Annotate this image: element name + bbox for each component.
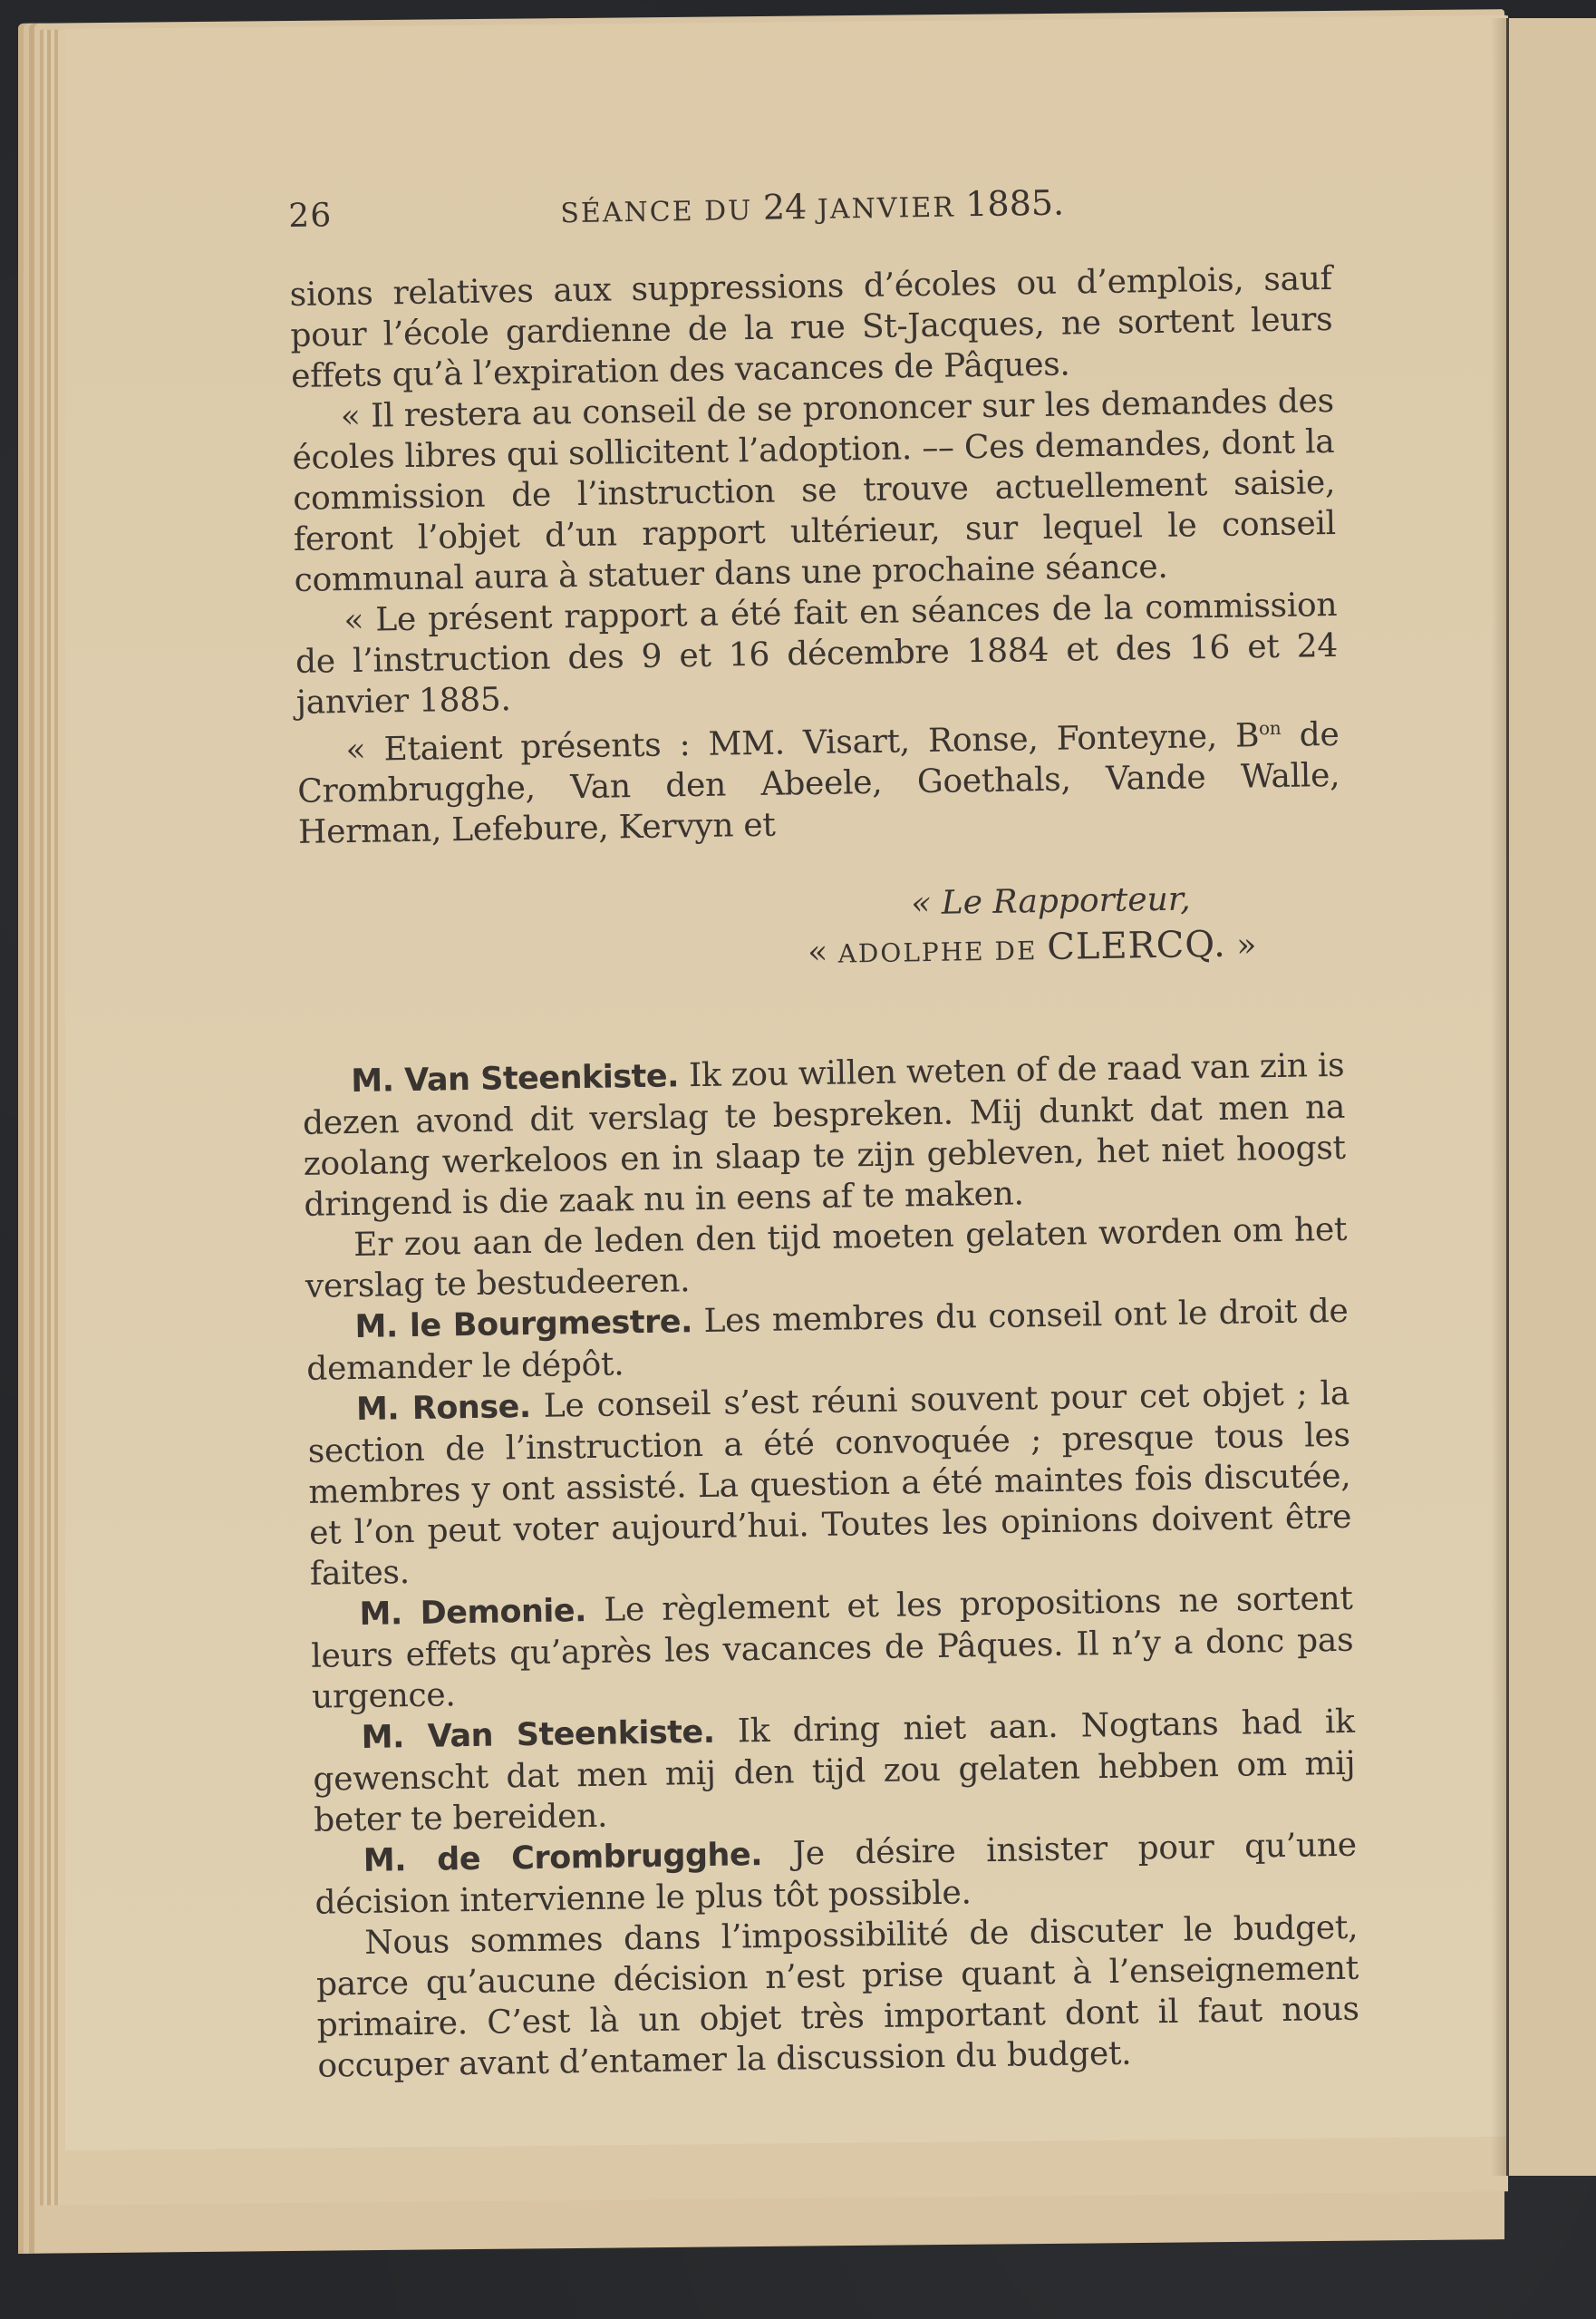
attendance-paragraph: « Etaient présents : MM. Visart, Ronse, …	[296, 707, 1340, 853]
speaker-name: M. Demonie.	[359, 1593, 586, 1633]
speaker-name: M. Ronse.	[356, 1389, 531, 1428]
report-paragraph: sions relatives aux suppressions d’école…	[289, 258, 1333, 397]
debate-turn: M. Van Steenkiste. Ik zou willen weten o…	[302, 1045, 1347, 1226]
report-paragraph: « Le présent rapport a été fait en séanc…	[295, 585, 1339, 723]
report-paragraph: « Il restera au conseil de se prononcer …	[292, 381, 1337, 601]
header-day: 24	[763, 187, 808, 228]
debate-turn: M. Van Steenkiste. Ik dring niet aan. No…	[312, 1702, 1356, 1841]
signature-role: « Le Rapporteur,	[807, 875, 1342, 928]
header-year: 1885.	[965, 183, 1064, 225]
signature-surname: CLERCQ.	[1047, 924, 1226, 968]
signature-block: « Le Rapporteur, « ADOLPHE DE CLERCQ. »	[299, 875, 1342, 985]
speaker-name: M. le Bourgmestre.	[354, 1304, 692, 1345]
header-prefix: SÉANCE DU	[560, 195, 763, 230]
signature-first-name: ADOLPHE	[837, 936, 984, 969]
debate-turn: Nous sommes dans l’impossibilité de disc…	[315, 1907, 1360, 2087]
debate-turn: M. Demonie. Le règlement et les proposit…	[310, 1578, 1354, 1718]
debate-turn: M. Ronse. Le conseil s’est réuni souvent…	[307, 1373, 1352, 1595]
signature-name: « ADOLPHE DE CLERCQ. »	[808, 920, 1343, 977]
close-quote: »	[1226, 927, 1257, 965]
speech-text: Nous sommes dans l’impossibilité de disc…	[316, 1909, 1359, 2085]
speaker-name: M. de Crombrugghe.	[363, 1837, 763, 1879]
speaker-name: M. Van Steenkiste.	[351, 1058, 679, 1100]
signature-particle: DE	[984, 936, 1047, 966]
header-month: JANVIER	[807, 191, 966, 226]
debate-turn: M. le Bourgmestre. Les membres du consei…	[305, 1291, 1349, 1390]
speaker-name: M. Van Steenkiste.	[361, 1714, 714, 1756]
facing-page-edge	[1506, 18, 1596, 2176]
page-number: 26	[288, 193, 561, 235]
page-header-title: SÉANCE DU 24 JANVIER 1885.	[560, 183, 1064, 231]
baron-superscript: on	[1259, 717, 1282, 739]
speech-text: Er zou aan de leden den tijd moeten gela…	[305, 1211, 1348, 1305]
page-content: 26 SÉANCE DU 24 JANVIER 1885. sions rela…	[288, 179, 1360, 2087]
open-quote: «	[808, 934, 838, 972]
